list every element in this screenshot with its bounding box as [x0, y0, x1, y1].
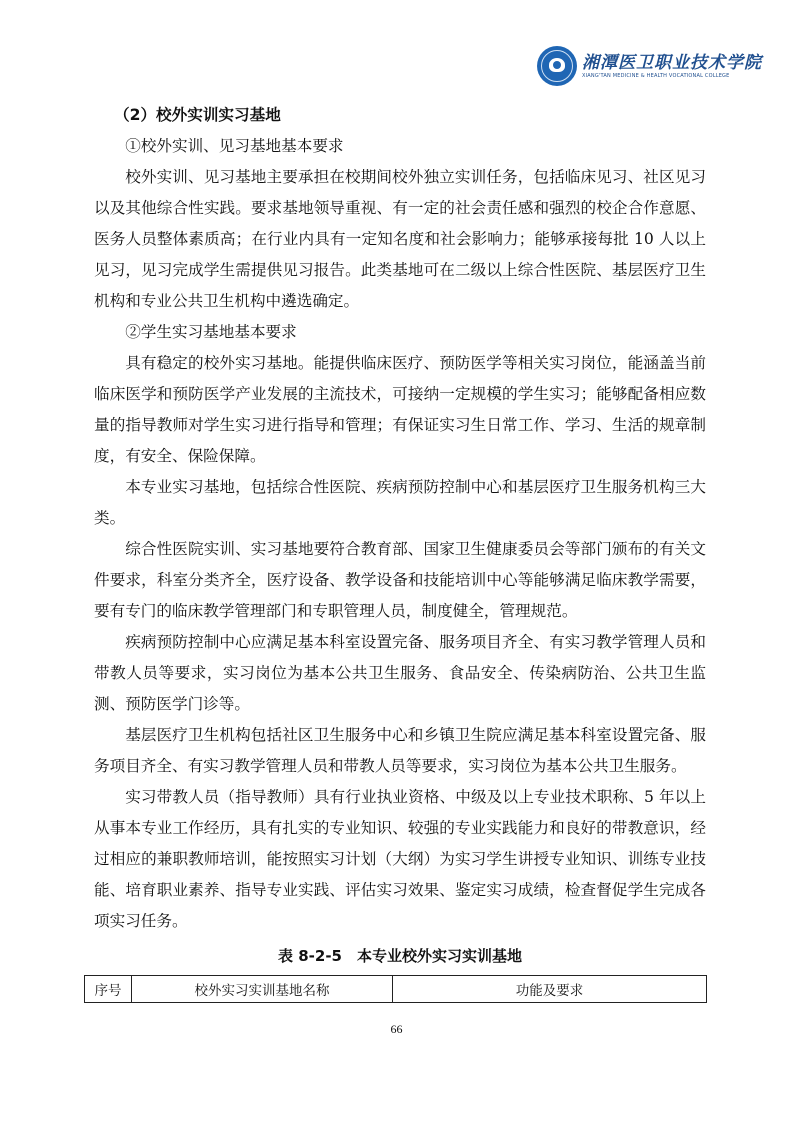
paragraph: 校外实训、见习基地主要承担在校期间校外独立实训任务，包括临床见习、社区见习以及其… [94, 162, 706, 317]
paragraph: 具有稳定的校外实习基地。能提供临床医疗、预防医学等相关实习岗位，能涵盖当前临床医… [94, 348, 706, 472]
paragraph: 本专业实习基地，包括综合性医院、疾病预防控制中心和基层医疗卫生服务机构三大类。 [94, 472, 706, 534]
paragraph: 基层医疗卫生机构包括社区卫生服务中心和乡镇卫生院应满足基本科室设置完备、服务项目… [94, 720, 706, 782]
paragraph: 综合性医院实训、实习基地要符合教育部、国家卫生健康委员会等部门颁布的有关文件要求… [94, 534, 706, 627]
table-caption: 表 8-2-5 本专业校外实习实训基地 [94, 941, 706, 971]
page-number: 66 [0, 1022, 793, 1037]
section-heading: （2）校外实训实习基地 [94, 100, 706, 131]
internship-bases-table: 序号 校外实习实训基地名称 功能及要求 [84, 975, 707, 1003]
column-header-function: 功能及要求 [393, 976, 707, 1003]
subheading-1: ①校外实训、见习基地基本要求 [94, 131, 706, 162]
paragraph: 疾病预防控制中心应满足基本科室设置完备、服务项目齐全、有实习教学管理人员和带教人… [94, 627, 706, 720]
document-body: （2）校外实训实习基地 ①校外实训、见习基地基本要求 校外实训、见习基地主要承担… [94, 100, 706, 971]
table-header-row: 序号 校外实习实训基地名称 功能及要求 [85, 976, 707, 1003]
paragraph: 实习带教人员（指导教师）具有行业执业资格、中级及以上专业技术职称、5 年以上从事… [94, 782, 706, 937]
college-emblem-icon [537, 46, 577, 86]
column-header-index: 序号 [85, 976, 132, 1003]
college-name-cn: 湘潭医卫职业技术学院 [582, 54, 762, 73]
column-header-base-name: 校外实习实训基地名称 [132, 976, 393, 1003]
college-logo: 湘潭医卫职业技术学院 XIANG'TAN MEDICINE & HEALTH V… [537, 46, 762, 86]
college-name-en: XIANG'TAN MEDICINE & HEALTH VOCATIONAL C… [582, 73, 762, 79]
subheading-2: ②学生实习基地基本要求 [94, 317, 706, 348]
